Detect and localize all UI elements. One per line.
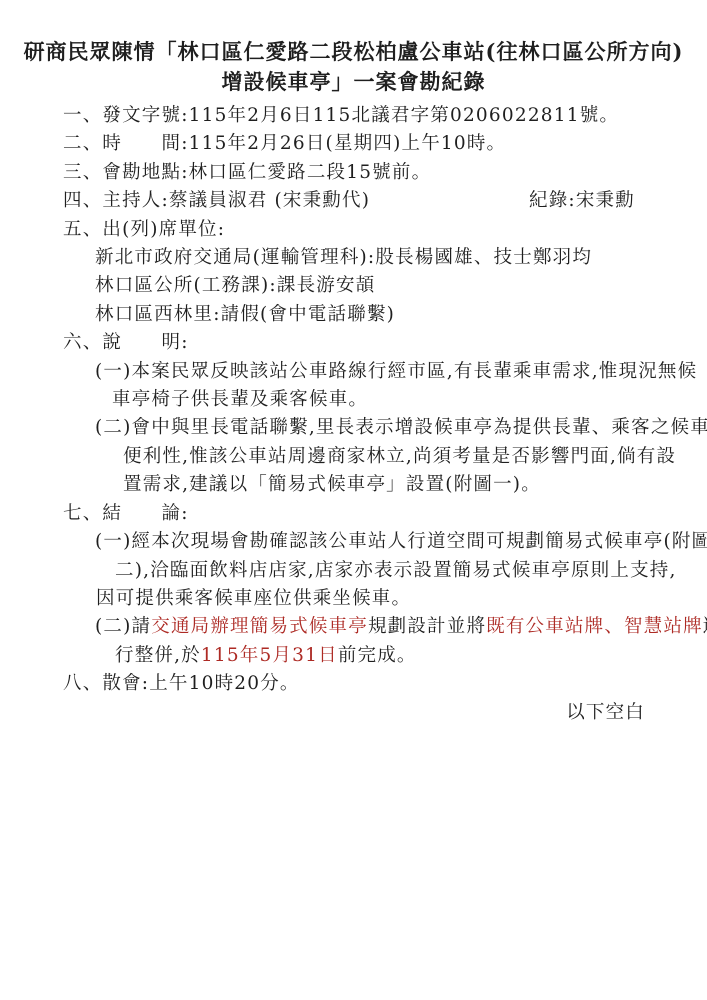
line-text: 便利性,惟該公車站周邊商家林立,尚須考量是否影響門面,倘有設: [123, 446, 676, 467]
document-title-line-2: 增設候車亭」一案會勘紀錄: [0, 67, 707, 97]
line-text: 八、散會:上午10時20分。: [63, 673, 300, 694]
line-explanation-2a: (二)會中與里長電話聯繫,里長表示增設候車亭為提供長輩、乘客之候車: [0, 414, 707, 442]
line-text: 四、主持人:蔡議員淑君 (宋秉勳代): [63, 190, 370, 211]
line-conclusion-1c: 因可提供乘客候車座位供乘坐候車。: [0, 585, 707, 613]
line-text: 林口區公所(工務課):課長游安頡: [95, 275, 375, 296]
line-explanation-2b: 便利性,惟該公車站周邊商家林立,尚須考量是否影響門面,倘有設: [0, 443, 707, 471]
line-text: 置需求,建議以「簡易式候車亭」設置(附圖一)。: [123, 474, 541, 495]
line-text: 以下空白: [566, 702, 645, 723]
line-text: 因可提供乘客候車座位供乘坐候車。: [96, 588, 411, 609]
document-title-line-1: 研商民眾陳情「林口區仁愛路二段松柏盧公車站(往林口區公所方向): [0, 37, 707, 67]
line-text: (二)請: [95, 616, 151, 637]
line-text: 車亭椅子供長輩及乘客候車。: [112, 389, 368, 410]
line-adjournment: 八、散會:上午10時20分。: [0, 670, 707, 698]
line-attendees-header: 五、出(列)席單位:: [0, 216, 707, 244]
line-explanation-header: 六、說 明:: [0, 329, 707, 357]
line-issue-number: 一、發文字號:115年2月6日115北議君字第0206022811號。: [0, 102, 707, 130]
document-title: 研商民眾陳情「林口區仁愛路二段松柏盧公車站(往林口區公所方向) 增設候車亭」一案…: [0, 0, 707, 97]
line-text: 進: [703, 616, 707, 637]
line-conclusion-header: 七、結 論:: [0, 500, 707, 528]
line-attendee-district-office: 林口區公所(工務課):課長游安頡: [0, 272, 707, 300]
recorder-label: 紀錄:宋秉勳: [529, 187, 635, 215]
line-meeting-location: 三、會勘地點:林口區仁愛路二段15號前。: [0, 159, 707, 187]
line-text: 二),洽臨面飲料店店家,店家亦表示設置簡易式候車亭原則上支持,: [115, 560, 677, 581]
line-conclusion-2a: (二)請交通局辦理簡易式候車亭規劃設計並將既有公車站牌、智慧站牌進: [0, 613, 707, 641]
line-text: 三、會勘地點:林口區仁愛路二段15號前。: [63, 162, 431, 183]
highlighted-text: 既有公車站牌、智慧站牌: [486, 616, 703, 637]
line-host: 四、主持人:蔡議員淑君 (宋秉勳代) 紀錄:宋秉勳: [0, 187, 707, 215]
blank-below-notice: 以下空白: [0, 699, 707, 727]
line-text: 前完成。: [338, 645, 417, 666]
line-text: (二)會中與里長電話聯繫,里長表示增設候車亭為提供長輩、乘客之候車: [95, 417, 707, 438]
line-text: 新北市政府交通局(運輸管理科):股長楊國雄、技士鄭羽均: [95, 247, 592, 268]
line-text: 行整併,於: [115, 645, 201, 666]
line-attendee-traffic-bureau: 新北市政府交通局(運輸管理科):股長楊國雄、技士鄭羽均: [0, 244, 707, 272]
line-conclusion-1b: 二),洽臨面飲料店店家,店家亦表示設置簡易式候車亭原則上支持,: [0, 557, 707, 585]
document-body: 一、發文字號:115年2月6日115北議君字第0206022811號。 二、時 …: [0, 102, 707, 727]
line-explanation-1b: 車亭椅子供長輩及乘客候車。: [0, 386, 707, 414]
line-conclusion-1a: (一)經本次現場會勘確認該公車站人行道空間可規劃簡易式候車亭(附圖: [0, 528, 707, 556]
line-text: 五、出(列)席單位:: [63, 219, 225, 240]
highlighted-deadline: 115年5月31日: [201, 645, 338, 666]
line-text: 六、說 明:: [63, 332, 189, 353]
line-conclusion-2b: 行整併,於115年5月31日前完成。: [0, 642, 707, 670]
line-explanation-1a: (一)本案民眾反映該站公車路線行經市區,有長輩乘車需求,惟現況無候: [0, 358, 707, 386]
document-page: 研商民眾陳情「林口區仁愛路二段松柏盧公車站(往林口區公所方向) 增設候車亭」一案…: [0, 0, 707, 1000]
line-meeting-time: 二、時 間:115年2月26日(星期四)上午10時。: [0, 130, 707, 158]
line-text: 七、結 論:: [63, 503, 189, 524]
line-text: (一)經本次現場會勘確認該公車站人行道空間可規劃簡易式候車亭(附圖: [95, 531, 707, 552]
line-text: 一、發文字號:115年2月6日115北議君字第0206022811號。: [63, 105, 619, 126]
line-explanation-2c: 置需求,建議以「簡易式候車亭」設置(附圖一)。: [0, 471, 707, 499]
line-text: 林口區西林里:請假(會中電話聯繫): [95, 304, 395, 325]
highlighted-text: 交通局辦理簡易式候車亭: [151, 616, 368, 637]
line-text: 二、時 間:115年2月26日(星期四)上午10時。: [63, 133, 506, 154]
line-text: 規劃設計並將: [368, 616, 486, 637]
line-text: (一)本案民眾反映該站公車路線行經市區,有長輩乘車需求,惟現況無候: [95, 361, 697, 382]
line-attendee-village: 林口區西林里:請假(會中電話聯繫): [0, 301, 707, 329]
